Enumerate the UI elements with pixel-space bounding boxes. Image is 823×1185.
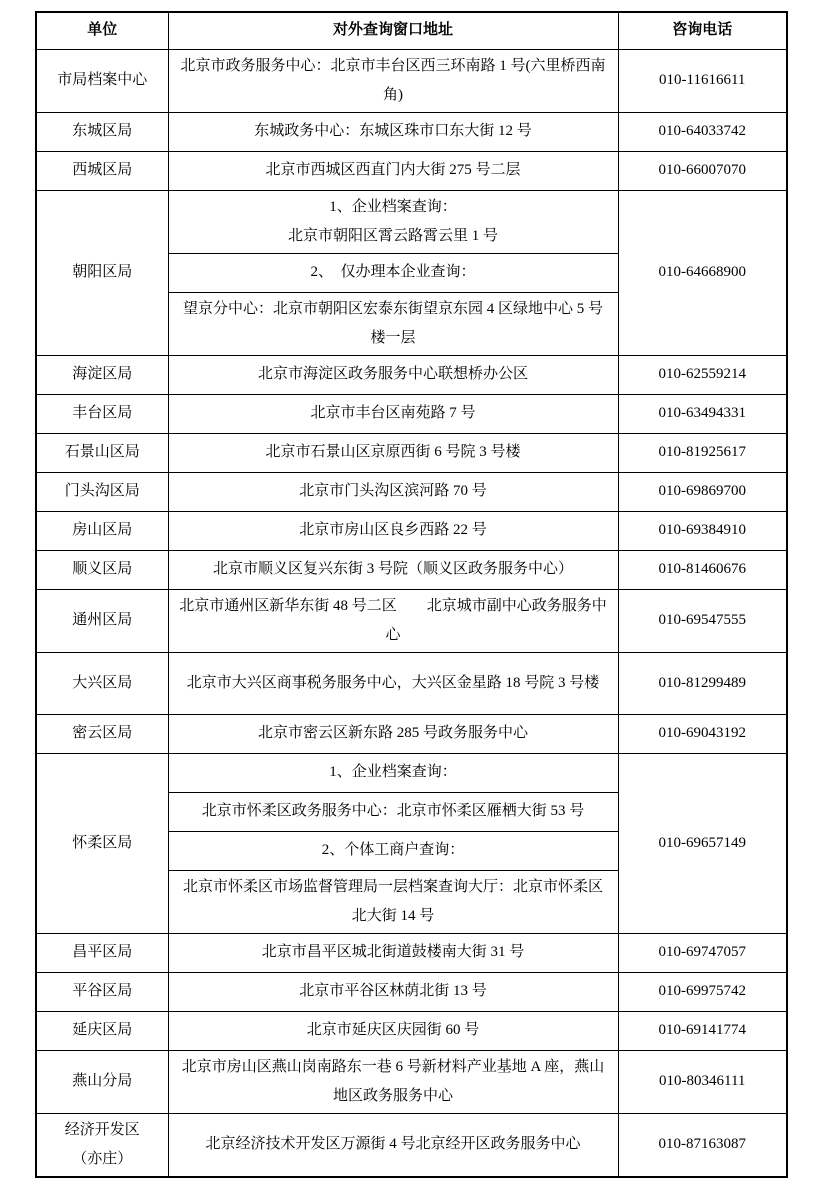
address-cell: 望京分中心：北京市朝阳区宏泰东街望京东园 4 区绿地中心 5 号楼一层 (168, 292, 618, 355)
col-header-address: 对外查询窗口地址 (168, 12, 618, 49)
address-cell: 北京市平谷区林荫北街 13 号 (168, 972, 618, 1011)
table-row: 延庆区局 北京市延庆区庆园街 60 号 010-69141774 (36, 1011, 787, 1050)
phone-cell: 010-69043192 (618, 714, 787, 753)
table-row: 密云区局 北京市密云区新东路 285 号政务服务中心 010-69043192 (36, 714, 787, 753)
phone-cell: 010-69657149 (618, 753, 787, 933)
address-cell: 北京市海淀区政务服务中心联想桥办公区 (168, 355, 618, 394)
table-row: 市局档案中心 北京市政务服务中心：北京市丰台区西三环南路 1 号(六里桥西南角)… (36, 49, 787, 112)
table-row: 石景山区局 北京市石景山区京原西街 6 号院 3 号楼 010-81925617 (36, 433, 787, 472)
table-row: 顺义区局 北京市顺义区复兴东街 3 号院（顺义区政务服务中心） 010-8146… (36, 550, 787, 589)
unit-cell: 朝阳区局 (36, 190, 168, 355)
table-row: 海淀区局 北京市海淀区政务服务中心联想桥办公区 010-62559214 (36, 355, 787, 394)
address-cell: 北京市顺义区复兴东街 3 号院（顺义区政务服务中心） (168, 550, 618, 589)
table-row: 西城区局 北京市西城区西直门内大街 275 号二层 010-66007070 (36, 151, 787, 190)
table-row: 昌平区局 北京市昌平区城北街道鼓楼南大街 31 号 010-69747057 (36, 933, 787, 972)
address-cell: 1、企业档案查询： (168, 753, 618, 792)
address-cell: 北京市昌平区城北街道鼓楼南大街 31 号 (168, 933, 618, 972)
table-row: 东城区局 东城政务中心：东城区珠市口东大街 12 号 010-64033742 (36, 112, 787, 151)
address-cell: 北京市门头沟区滨河路 70 号 (168, 472, 618, 511)
unit-cell: 昌平区局 (36, 933, 168, 972)
unit-cell: 延庆区局 (36, 1011, 168, 1050)
phone-cell: 010-87163087 (618, 1113, 787, 1177)
phone-cell: 010-69975742 (618, 972, 787, 1011)
phone-cell: 010-66007070 (618, 151, 787, 190)
address-cell: 北京市密云区新东路 285 号政务服务中心 (168, 714, 618, 753)
phone-cell: 010-81925617 (618, 433, 787, 472)
unit-cell: 房山区局 (36, 511, 168, 550)
phone-cell: 010-64033742 (618, 112, 787, 151)
unit-cell: 通州区局 (36, 589, 168, 652)
phone-cell: 010-80346111 (618, 1050, 787, 1113)
address-cell: 2、 仅办理本企业查询： (168, 253, 618, 292)
unit-cell: 东城区局 (36, 112, 168, 151)
address-cell: 北京市大兴区商事税务服务中心，大兴区金星路 18 号院 3 号楼 (168, 652, 618, 714)
unit-cell: 市局档案中心 (36, 49, 168, 112)
address-cell: 北京市西城区西直门内大街 275 号二层 (168, 151, 618, 190)
phone-cell: 010-81299489 (618, 652, 787, 714)
table-row: 大兴区局 北京市大兴区商事税务服务中心，大兴区金星路 18 号院 3 号楼 01… (36, 652, 787, 714)
table-row: 房山区局 北京市房山区良乡西路 22 号 010-69384910 (36, 511, 787, 550)
address-cell: 北京市房山区良乡西路 22 号 (168, 511, 618, 550)
address-cell: 北京市政务服务中心：北京市丰台区西三环南路 1 号(六里桥西南角) (168, 49, 618, 112)
phone-cell: 010-69869700 (618, 472, 787, 511)
address-cell: 东城政务中心：东城区珠市口东大街 12 号 (168, 112, 618, 151)
unit-cell: 燕山分局 (36, 1050, 168, 1113)
phone-cell: 010-69141774 (618, 1011, 787, 1050)
address-cell: 北京市石景山区京原西街 6 号院 3 号楼 (168, 433, 618, 472)
table-row: 通州区局 北京市通州区新华东街 48 号二区 北京城市副中心政务服务中心 010… (36, 589, 787, 652)
col-header-unit: 单位 (36, 12, 168, 49)
address-cell: 北京市怀柔区政务服务中心：北京市怀柔区雁栖大街 53 号 (168, 792, 618, 831)
table-header-row: 单位 对外查询窗口地址 咨询电话 (36, 12, 787, 49)
table-row: 燕山分局 北京市房山区燕山岗南路东一巷 6 号新材料产业基地 A 座，燕山地区政… (36, 1050, 787, 1113)
table-row: 丰台区局 北京市丰台区南苑路 7 号 010-63494331 (36, 394, 787, 433)
address-cell: 北京市怀柔区市场监督管理局一层档案查询大厅：北京市怀柔区北大街 14 号 (168, 870, 618, 933)
unit-cell: 经济开发区 （亦庄） (36, 1113, 168, 1177)
document-page: 单位 对外查询窗口地址 咨询电话 市局档案中心 北京市政务服务中心：北京市丰台区… (0, 0, 823, 1178)
address-cell: 北京市房山区燕山岗南路东一巷 6 号新材料产业基地 A 座，燕山地区政务服务中心 (168, 1050, 618, 1113)
address-cell: 北京经济技术开发区万源街 4 号北京经开区政务服务中心 (168, 1113, 618, 1177)
unit-cell: 大兴区局 (36, 652, 168, 714)
phone-cell: 010-62559214 (618, 355, 787, 394)
phone-cell: 010-69547555 (618, 589, 787, 652)
table-row: 经济开发区 （亦庄） 北京经济技术开发区万源街 4 号北京经开区政务服务中心 0… (36, 1113, 787, 1177)
address-cell: 2、个体工商户查询： (168, 831, 618, 870)
col-header-phone: 咨询电话 (618, 12, 787, 49)
unit-cell: 海淀区局 (36, 355, 168, 394)
phone-cell: 010-69384910 (618, 511, 787, 550)
address-cell: 北京市丰台区南苑路 7 号 (168, 394, 618, 433)
phone-cell: 010-64668900 (618, 190, 787, 355)
phone-cell: 010-81460676 (618, 550, 787, 589)
phone-cell: 010-11616611 (618, 49, 787, 112)
unit-cell: 顺义区局 (36, 550, 168, 589)
phone-cell: 010-69747057 (618, 933, 787, 972)
unit-cell: 门头沟区局 (36, 472, 168, 511)
unit-cell: 丰台区局 (36, 394, 168, 433)
table-row: 怀柔区局 1、企业档案查询： 010-69657149 (36, 753, 787, 792)
query-window-table: 单位 对外查询窗口地址 咨询电话 市局档案中心 北京市政务服务中心：北京市丰台区… (35, 11, 788, 1178)
address-cell: 北京市延庆区庆园街 60 号 (168, 1011, 618, 1050)
table-row: 朝阳区局 1、企业档案查询： 北京市朝阳区霄云路霄云里 1 号 010-6466… (36, 190, 787, 253)
unit-cell: 西城区局 (36, 151, 168, 190)
unit-cell: 平谷区局 (36, 972, 168, 1011)
table-row: 门头沟区局 北京市门头沟区滨河路 70 号 010-69869700 (36, 472, 787, 511)
unit-cell: 石景山区局 (36, 433, 168, 472)
address-cell: 北京市通州区新华东街 48 号二区 北京城市副中心政务服务中心 (168, 589, 618, 652)
address-cell: 1、企业档案查询： 北京市朝阳区霄云路霄云里 1 号 (168, 190, 618, 253)
table-row: 平谷区局 北京市平谷区林荫北街 13 号 010-69975742 (36, 972, 787, 1011)
phone-cell: 010-63494331 (618, 394, 787, 433)
unit-cell: 怀柔区局 (36, 753, 168, 933)
unit-cell: 密云区局 (36, 714, 168, 753)
